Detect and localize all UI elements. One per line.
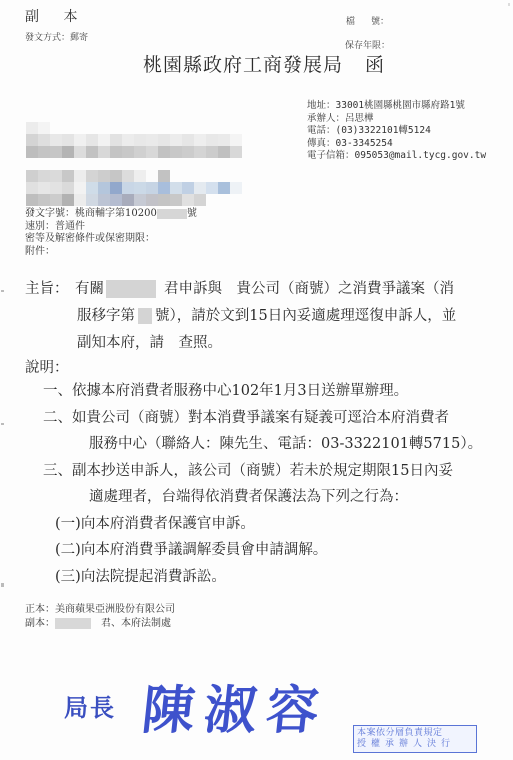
- subject-line-1: 主旨：有關君申訴與 貴公司（商號）之消費爭議案（消: [25, 276, 456, 303]
- explanation-sub-item-1: (一)向本府消費者保護官申訴。: [43, 511, 482, 538]
- redacted-number: [157, 209, 187, 219]
- handler: 承辦人：呂思樺: [307, 113, 486, 126]
- copy-recipients-text: 君、本府法制處: [101, 618, 171, 629]
- copy-label: 副本：: [25, 618, 55, 629]
- urgency: 速別：普通件: [25, 221, 197, 234]
- redacted-complainant: [106, 280, 156, 298]
- signature-title: 局長: [64, 688, 116, 723]
- redacted-recipient-name: [26, 170, 242, 206]
- signature-name: 陳淑容: [139, 668, 333, 743]
- document-number-prefix: 發文字號：桃商輔字第10200: [25, 208, 157, 219]
- explanation-label: 說明：: [25, 356, 69, 377]
- subject-text: 君申訴與 貴公司（商號）之消費爭議案（消: [164, 281, 454, 297]
- file-number-label-suffix: 號：: [371, 17, 389, 27]
- recipients-section: 正本：美商蘋果亞洲股份有限公司 副本：君、本府法制處: [25, 603, 175, 631]
- redacted-recipient-address: [26, 134, 242, 158]
- document-type: 函: [365, 54, 385, 76]
- stamp-line-1: 本案依分層負責規定: [357, 728, 473, 739]
- subject-text: 有關: [75, 281, 104, 297]
- document-number: 發文字號：桃商輔字第10200號: [25, 208, 197, 221]
- redacted-recipient-zip: [26, 122, 50, 134]
- copy-mark: 副 本: [25, 6, 87, 26]
- document-meta: 發文字號：桃商輔字第10200號 速別：普通件 密等及解密條件或保密期限： 附件…: [25, 208, 197, 259]
- page-title: 桃園縣政府工商發展局函: [143, 50, 385, 77]
- document-number-suffix: 號: [187, 208, 197, 219]
- explanation-item-2-cont: 服務中心（聯絡人：陳先生、電話：03-3322101轉5715）。: [43, 431, 482, 458]
- subject-label: 主旨：: [25, 276, 75, 303]
- subject-text: 服移字第: [77, 308, 135, 324]
- scan-edge-mark: [1, 290, 4, 292]
- email: 電子信箱：095053@mail.tycg.gov.tw: [307, 150, 486, 163]
- fax: 傳真：03-3345254: [307, 138, 486, 151]
- file-number-field: 檔號：: [346, 14, 389, 27]
- delegation-stamp: 本案依分層負責規定 授權承辦人決行: [353, 725, 477, 753]
- scan-edge-mark: [1, 423, 4, 425]
- address: 地址：33001桃園縣桃園市縣府路1號: [307, 100, 486, 113]
- explanation-sub-item-3: (三)向法院提起消費訴訟。: [43, 564, 482, 591]
- original-recipient: 正本：美商蘋果亞洲股份有限公司: [25, 603, 175, 617]
- redacted-case-number: [138, 308, 152, 324]
- explanation-item-2: 二、如貴公司（商號）對本消費爭議案有疑義可逕洽本府消費者: [43, 405, 482, 432]
- phone: 電話：(03)3322101轉5124: [307, 125, 486, 138]
- explanation-section: 一、依據本府消費者服務中心102年1月3日送辦單辦理。 二、如貴公司（商號）對本…: [43, 378, 482, 590]
- explanation-sub-item-2: (二)向本府消費爭議調解委員會申請調解。: [43, 537, 482, 564]
- subject-section: 主旨：有關君申訴與 貴公司（商號）之消費爭議案（消 服移字第號），請於文到15日…: [25, 276, 456, 357]
- explanation-item-3: 三、副本抄送申訴人，該公司（商號）若未於規定期限15日內妥: [43, 458, 482, 485]
- secrecy: 密等及解密條件或保密期限：: [25, 233, 197, 246]
- stamp-line-2: 授權承辦人決行: [357, 739, 473, 750]
- attachments: 附件：: [25, 246, 197, 259]
- scan-edge-mark: [508, 3, 510, 6]
- subject-line-2: 服移字第號），請於文到15日內妥適處理逕復申訴人，並: [25, 303, 456, 330]
- contact-block: 地址：33001桃園縣桃園市縣府路1號 承辦人：呂思樺 電話：(03)33221…: [307, 100, 486, 163]
- explanation-item-1: 一、依據本府消費者服務中心102年1月3日送辦單辦理。: [43, 378, 482, 405]
- file-number-label: 檔: [346, 17, 355, 27]
- organization-name: 桃園縣政府工商發展局: [143, 54, 343, 76]
- copy-recipients: 副本：君、本府法制處: [25, 617, 175, 631]
- scan-edge-mark: [1, 583, 4, 587]
- send-method: 發文方式：郵寄: [25, 30, 88, 43]
- subject-line-3: 副知本府，請 查照。: [25, 330, 456, 357]
- subject-text: 號），請於文到15日內妥適處理逕復申訴人，並: [155, 308, 456, 324]
- redacted-copy-recipient: [55, 618, 91, 629]
- explanation-item-3-cont: 適處理者，台端得依消費者保護法為下列之行為：: [43, 484, 482, 511]
